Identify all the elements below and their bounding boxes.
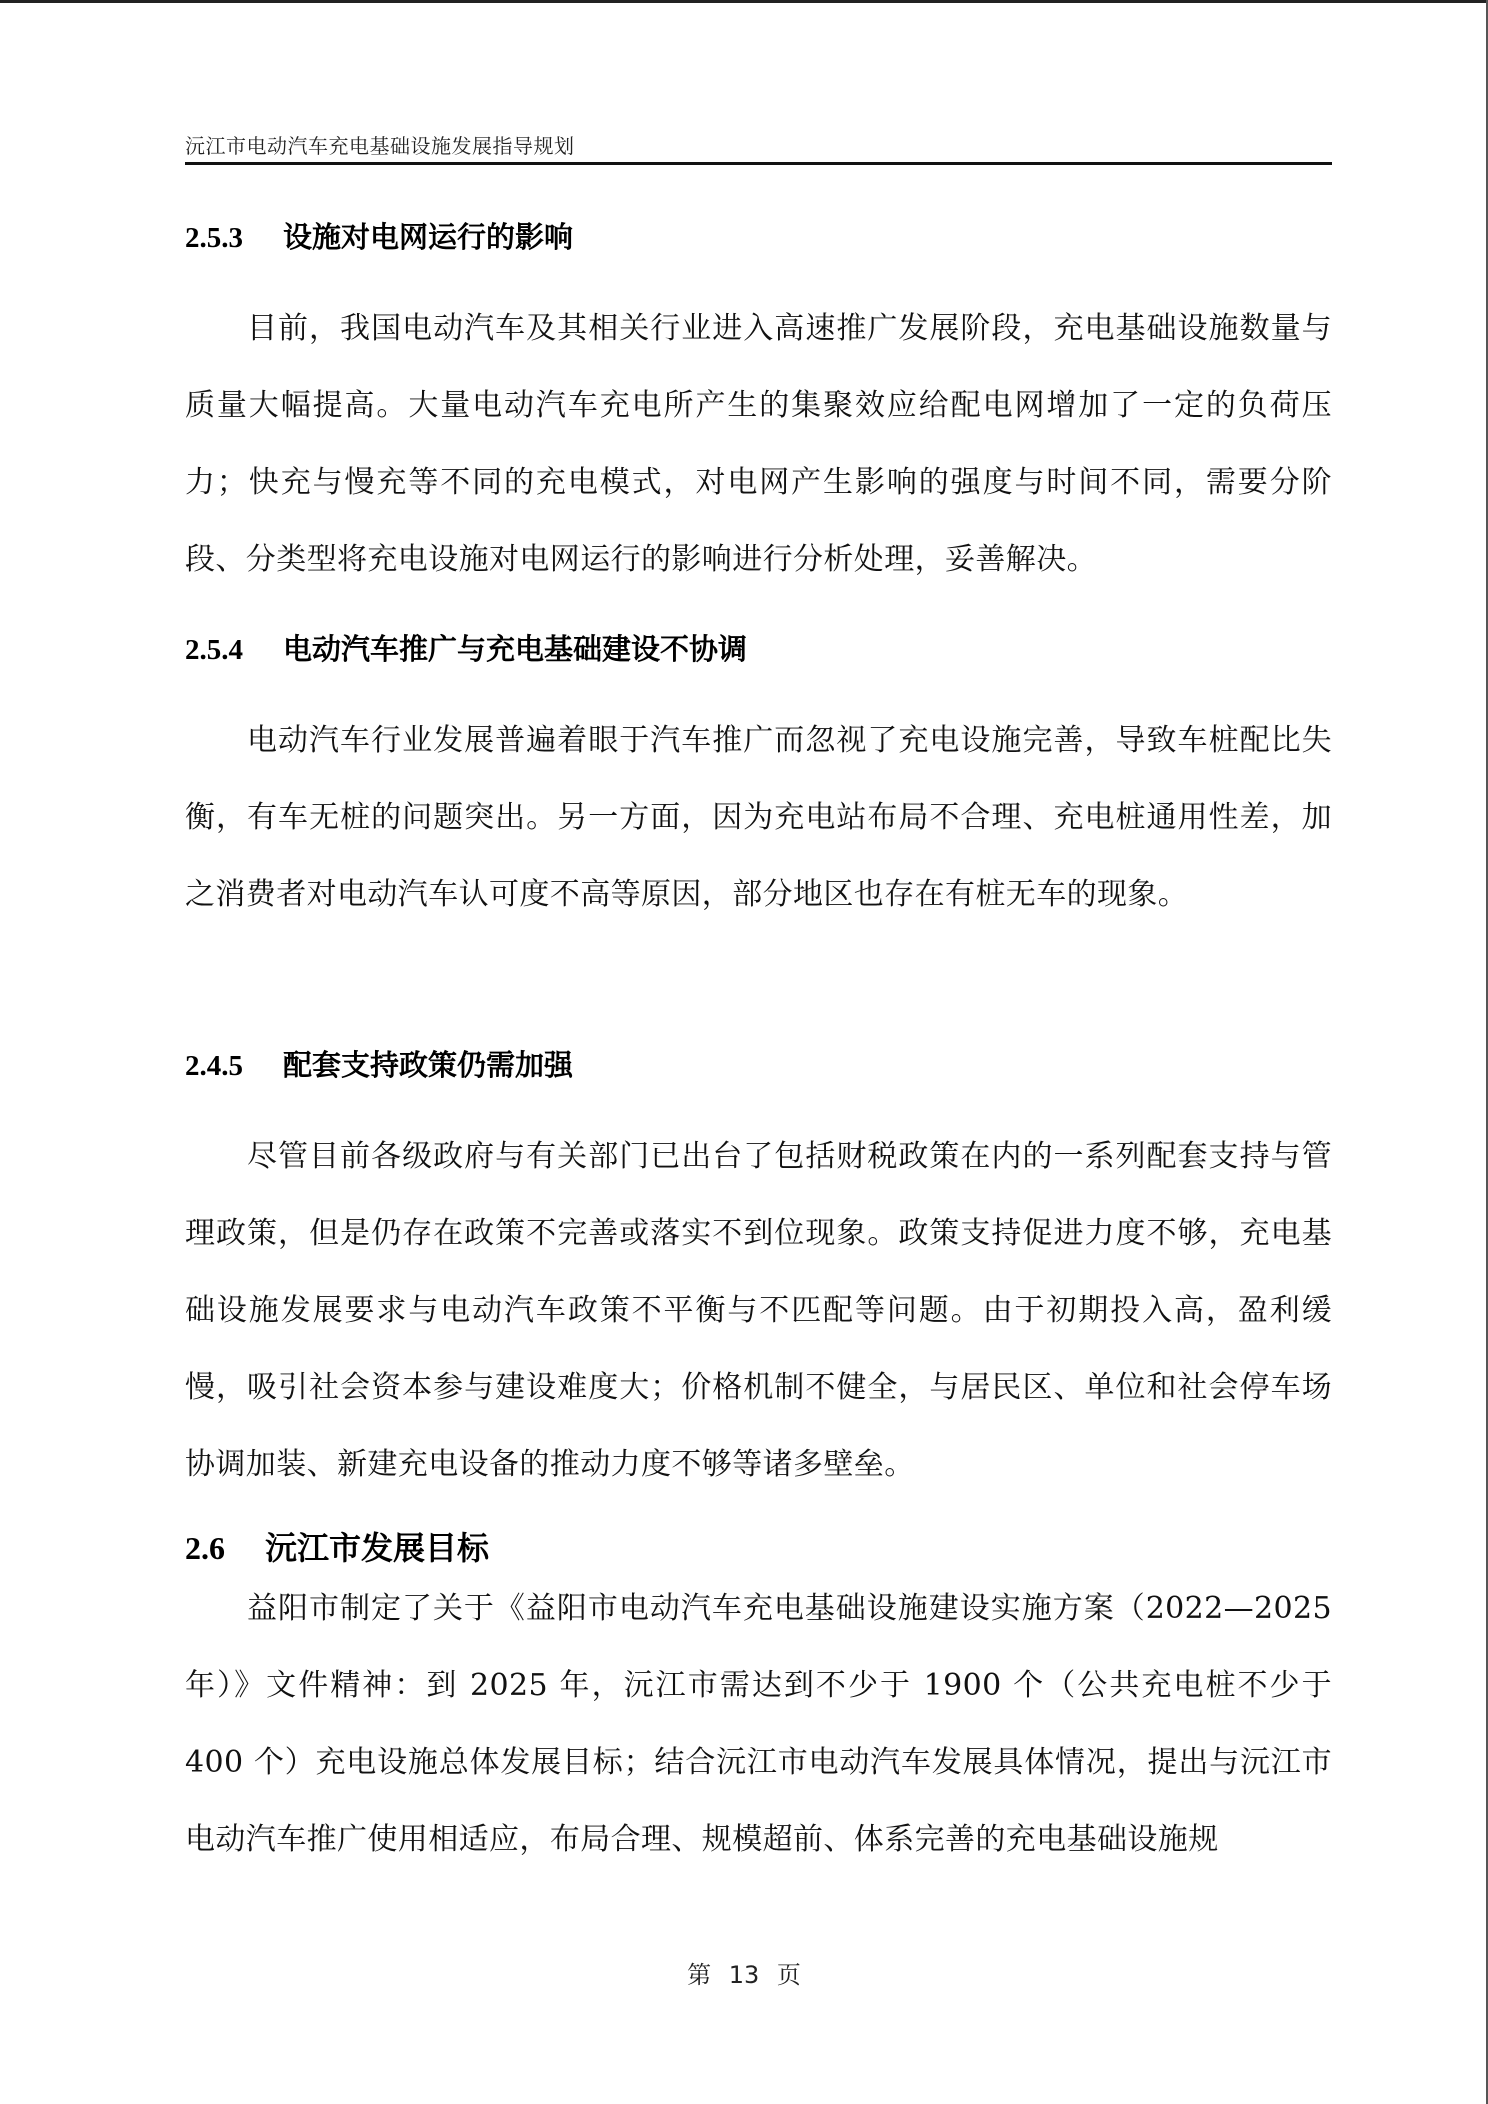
- section-heading-2-4-5: 2.4.5配套支持政策仍需加强: [185, 1043, 573, 1084]
- header-rule: [185, 162, 1332, 165]
- running-header: 沅江市电动汽车充电基础设施发展指导规划: [185, 130, 575, 159]
- section-title: 配套支持政策仍需加强: [283, 1048, 573, 1082]
- page-number: 第 13 页: [0, 1955, 1488, 1990]
- section-number: 2.6: [185, 1530, 265, 1567]
- section-paragraph: 益阳市制定了关于《益阳市电动汽车充电基础设施建设实施方案（2022—2025年）…: [185, 1570, 1332, 1878]
- section-title: 沅江市发展目标: [265, 1529, 489, 1567]
- section-paragraph: 电动汽车行业发展普遍着眼于汽车推广而忽视了充电设施完善，导致车桩配比失衡，有车无…: [185, 702, 1332, 933]
- section-number: 2.5.3: [185, 222, 283, 255]
- section-number: 2.5.4: [185, 634, 283, 667]
- section-number: 2.4.5: [185, 1050, 283, 1083]
- section-paragraph: 尽管目前各级政府与有关部门已出台了包括财税政策在内的一系列配套支持与管理政策，但…: [185, 1118, 1332, 1503]
- section-heading-2-5-4: 2.5.4电动汽车推广与充电基础建设不协调: [185, 627, 747, 668]
- section-heading-2-5-3: 2.5.3设施对电网运行的影响: [185, 215, 573, 256]
- section-paragraph: 目前，我国电动汽车及其相关行业进入高速推广发展阶段，充电基础设施数量与质量大幅提…: [185, 290, 1332, 598]
- section-title: 设施对电网运行的影响: [283, 220, 573, 254]
- page-top-border: [0, 0, 1488, 3]
- section-heading-2-6: 2.6沅江市发展目标: [185, 1523, 489, 1569]
- section-title: 电动汽车推广与充电基础建设不协调: [283, 632, 747, 666]
